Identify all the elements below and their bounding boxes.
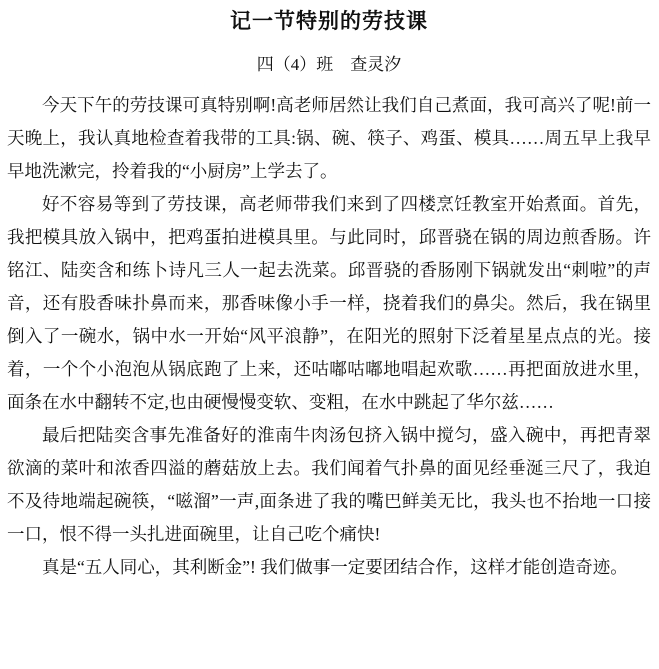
paragraph: 好不容易等到了劳技课，高老师带我们来到了四楼烹饪教室开始煮面。首先，我把模具放入…: [7, 188, 651, 419]
document-title: 记一节特别的劳技课: [7, 6, 651, 36]
paragraph: 最后把陆奕含事先准备好的淮南牛肉汤包挤入锅中搅匀，盛入碗中，再把青翠欲滴的菜叶和…: [7, 419, 651, 551]
document-body: 今天下午的劳技课可真特别啊!高老师居然让我们自己煮面，我可高兴了呢!前一天晚上，…: [7, 89, 651, 584]
paragraph: 真是“五人同心，其利断金”! 我们做事一定要团结合作，这样才能创造奇迹。: [7, 551, 651, 584]
byline: 四（4）班 查灵汐: [7, 53, 651, 77]
paragraph: 今天下午的劳技课可真特别啊!高老师居然让我们自己煮面，我可高兴了呢!前一天晚上，…: [7, 89, 651, 188]
document-page: 记一节特别的劳技课 四（4）班 查灵汐 今天下午的劳技课可真特别啊!高老师居然让…: [0, 0, 659, 669]
